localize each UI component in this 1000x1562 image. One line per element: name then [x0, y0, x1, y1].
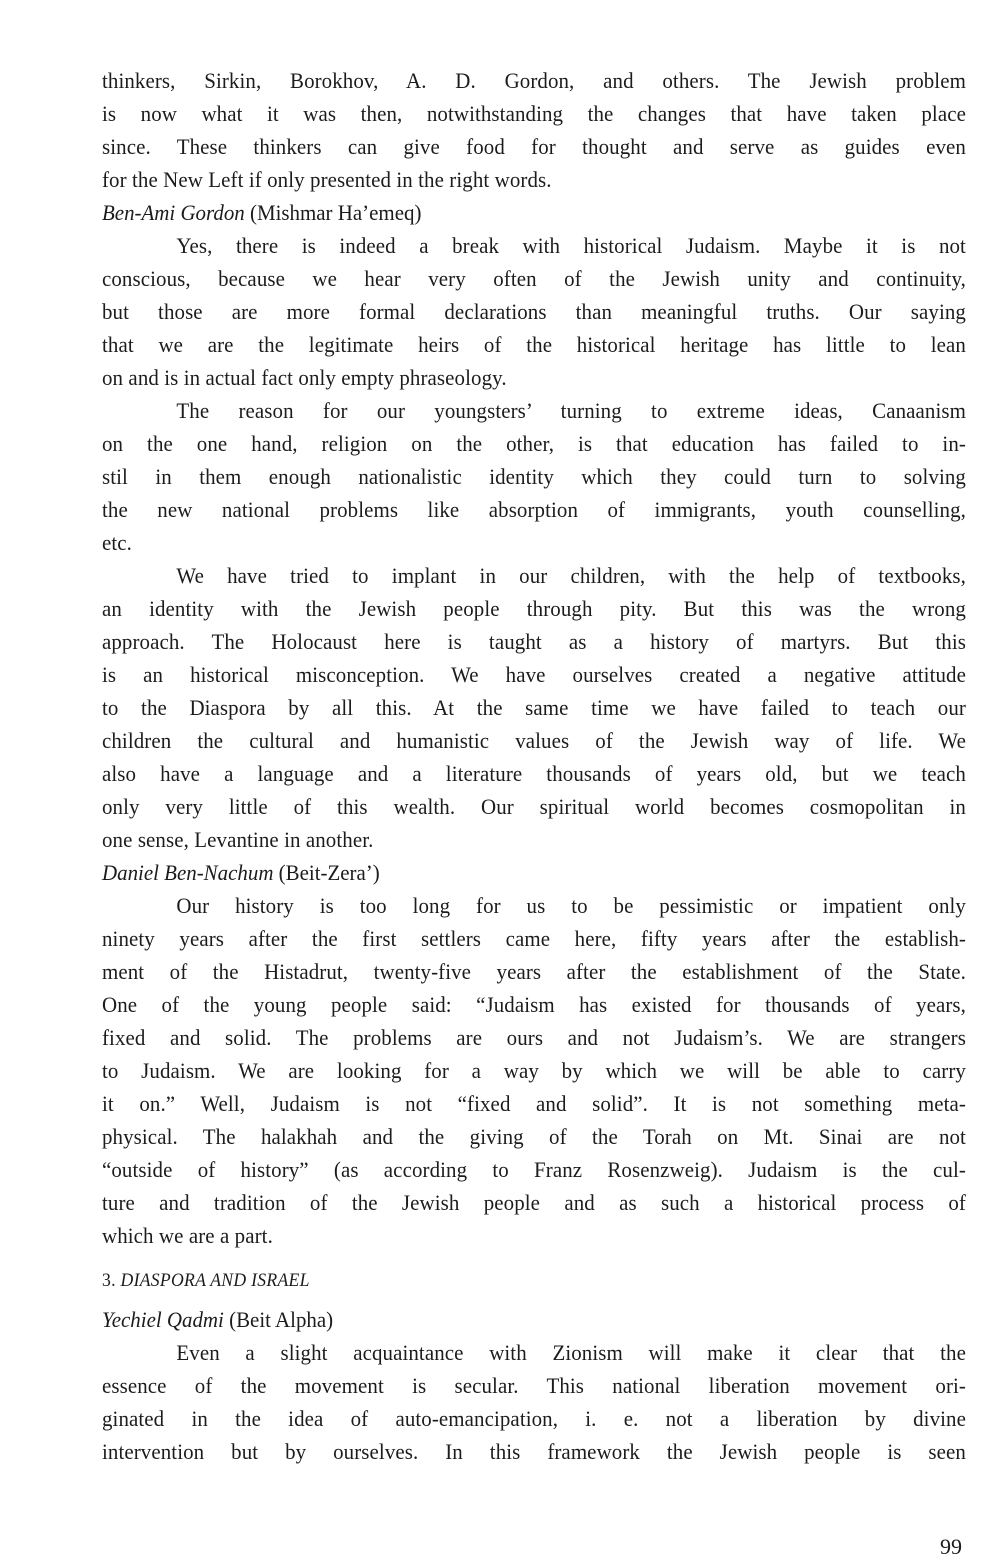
speaker-heading: Ben-Ami Gordon (Mishmar Ha’emeq): [102, 196, 906, 229]
text-line: is an historical misconception. We have …: [102, 658, 966, 691]
text-line: “outside of history” (as according to Fr…: [102, 1153, 966, 1186]
section-number: 3.: [102, 1270, 116, 1291]
speaker-name: Yechiel Qadmi: [102, 1307, 224, 1332]
text-line: etc.: [102, 526, 966, 559]
text-line: that we are the legitimate heirs of the …: [102, 328, 966, 361]
text-line: since. These thinkers can give food for …: [102, 130, 966, 163]
text-line: physical. The halakhah and the giving of…: [102, 1120, 966, 1153]
paragraph: Even a slight acquaintance with Zionism …: [102, 1336, 966, 1468]
section-title: DIASPORA AND ISRAEL: [121, 1270, 310, 1291]
paragraph: The reason for our youngsters’ turning t…: [102, 394, 966, 559]
text-line: conscious, because we hear very often of…: [102, 262, 966, 295]
speaker-place: (Mishmar Ha’emeq): [250, 200, 421, 225]
text-line: approach. The Holocaust here is taught a…: [102, 625, 966, 658]
speaker-heading: Daniel Ben-Nachum (Beit-Zera’): [102, 856, 906, 889]
speaker-name: Daniel Ben-Nachum: [102, 860, 273, 885]
text-line: which we are a part.: [102, 1219, 966, 1252]
text-line: We have tried to implant in our children…: [102, 559, 966, 592]
text-line: children the cultural and humanistic val…: [102, 724, 966, 757]
text-line: essence of the movement is secular. This…: [102, 1369, 966, 1402]
paragraph: Our history is too long for us to be pes…: [102, 889, 966, 1252]
text-line: ture and tradition of the Jewish people …: [102, 1186, 966, 1219]
speaker-heading: Yechiel Qadmi (Beit Alpha): [102, 1303, 906, 1336]
text-line: the new national problems like absorptio…: [102, 493, 966, 526]
text-line: only very little of this wealth. Our spi…: [102, 790, 966, 823]
text-line: intervention but by ourselves. In this f…: [102, 1435, 966, 1468]
text-line: ment of the Histadrut, twenty-five years…: [102, 955, 966, 988]
text-line: fixed and solid. The problems are ours a…: [102, 1021, 966, 1054]
text-line: Even a slight acquaintance with Zionism …: [102, 1336, 966, 1369]
book-page-body: thinkers, Sirkin, Borokhov, A. D. Gordon…: [102, 64, 966, 1468]
text-line: on the one hand, religion on the other, …: [102, 427, 966, 460]
text-line: ginated in the idea of auto-emancipation…: [102, 1402, 966, 1435]
paragraph: We have tried to implant in our children…: [102, 559, 966, 856]
text-line: The reason for our youngsters’ turning t…: [102, 394, 966, 427]
text-line: an identity with the Jewish people throu…: [102, 592, 966, 625]
text-line: thinkers, Sirkin, Borokhov, A. D. Gordon…: [102, 64, 966, 97]
text-line: for the New Left if only presented in th…: [102, 163, 966, 196]
text-line: Our history is too long for us to be pes…: [102, 889, 966, 922]
text-line: to Judaism. We are looking for a way by …: [102, 1054, 966, 1087]
text-line: it on.” Well, Judaism is not “fixed and …: [102, 1087, 966, 1120]
section-heading: 3. DIASPORA AND ISRAEL: [102, 1264, 906, 1297]
text-line: is now what it was then, notwithstanding…: [102, 97, 966, 130]
paragraph: Yes, there is indeed a break with histor…: [102, 229, 966, 394]
text-line: ninety years after the first settlers ca…: [102, 922, 966, 955]
speaker-name: Ben-Ami Gordon: [102, 200, 245, 225]
speaker-place: (Beit-Zera’): [279, 860, 380, 885]
text-line: Yes, there is indeed a break with histor…: [102, 229, 966, 262]
continuation-paragraph: thinkers, Sirkin, Borokhov, A. D. Gordon…: [102, 64, 966, 196]
text-line: one sense, Levantine in another.: [102, 823, 966, 856]
text-line: stil in them enough nationalistic identi…: [102, 460, 966, 493]
text-line: also have a language and a literature th…: [102, 757, 966, 790]
text-line: to the Diaspora by all this. At the same…: [102, 691, 966, 724]
text-line: on and is in actual fact only empty phra…: [102, 361, 966, 394]
speaker-place: (Beit Alpha): [229, 1307, 333, 1332]
page-number: 99: [940, 1536, 962, 1558]
text-line: but those are more formal declarations t…: [102, 295, 966, 328]
text-line: One of the young people said: “Judaism h…: [102, 988, 966, 1021]
